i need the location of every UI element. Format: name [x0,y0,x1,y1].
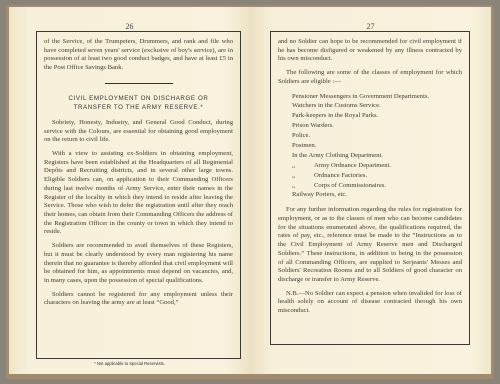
list-item: „Corps of Commissionaires. [292,181,462,191]
paragraph: For any further information regarding th… [278,206,462,284]
book-spread: 26 of the Service, of the Trumpeters, Dr… [9,7,491,374]
page-number: 26 [9,22,250,31]
continuation-paragraph: and no Soldier can hope to be recommende… [278,38,462,64]
list-intro: The following are some of the classes of… [278,69,462,86]
left-page: 26 of the Service, of the Trumpeters, Dr… [9,7,250,374]
paragraph: Soldiers are recommended to avail themse… [44,242,233,286]
paragraph: With a view to assisting ex-Soldiers in … [44,150,233,237]
text-frame: of the Service, of the Trumpeters, Drumm… [36,31,241,359]
list-item: Police. [292,131,462,141]
ditto-mark: „ [292,161,314,171]
paragraph: Sobriety, Honesty, Industry, and General… [44,119,233,145]
list-item: „Army Ordnance Department. [292,161,462,171]
ditto-mark: „ [292,181,314,191]
paragraph: Soldiers cannot be registered for any em… [44,291,233,308]
text-frame: and no Soldier can hope to be recommende… [270,31,470,345]
list-item: Pensioner Messengers in Government Depar… [292,92,462,102]
heading-line-1: CIVIL EMPLOYMENT ON DISCHARGE OR [44,95,233,104]
employment-list: Pensioner Messengers in Government Depar… [292,92,462,201]
list-item: Prison Warders. [292,121,462,131]
heading-line-2: TRANSFER TO THE ARMY RESERVE.* [44,104,233,113]
ditto-mark: „ [292,171,314,181]
list-item: Park-keepers in the Royal Parks. [292,111,462,121]
nb-paragraph: N.B.—No Soldier can expect a pension whe… [278,290,462,316]
section-divider [105,83,173,84]
list-item: „Ordnance Factories. [292,171,462,181]
list-item: In the Army Clothing Department. [292,151,462,161]
footnote: * Not applicable to Special Reservists. [9,361,250,366]
list-item: Railway Porters, etc. [292,190,462,200]
page-number: 27 [250,22,491,31]
right-page: 27 and no Soldier can hope to be recomme… [250,7,491,374]
section-heading: CIVIL EMPLOYMENT ON DISCHARGE OR TRANSFE… [44,95,233,113]
list-item: Postmen. [292,141,462,151]
list-item: Watchers in the Customs Service. [292,101,462,111]
continuation-paragraph: of the Service, of the Trumpeters, Drumm… [44,38,233,73]
